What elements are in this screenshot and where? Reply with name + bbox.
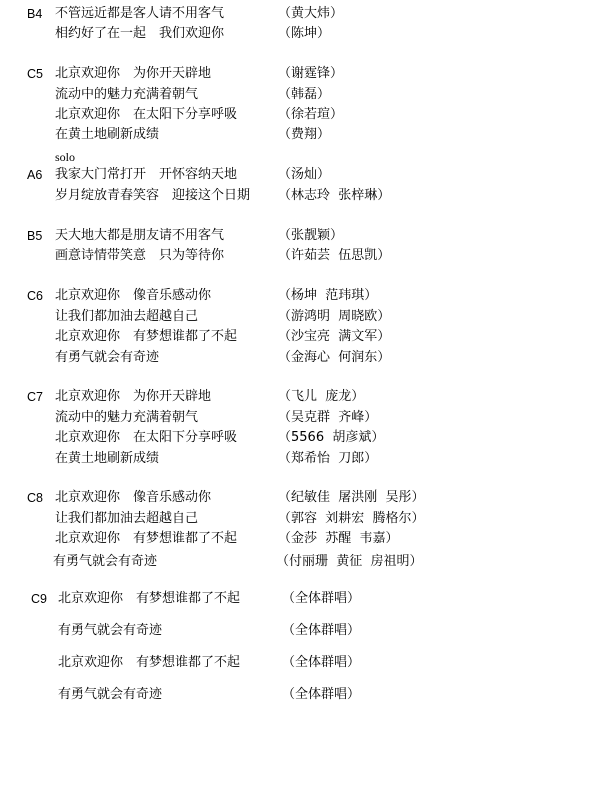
- lyric-line: 我家大门常打开 开怀容纳天地: [55, 165, 237, 185]
- singer-name: （许茹芸 伍思凯）: [278, 246, 390, 266]
- singer-name: （吴克群 齐峰）: [278, 408, 377, 428]
- lyric-line: 北京欢迎你 为你开天辟地: [55, 64, 211, 84]
- lyric-line: 北京欢迎你 有梦想谁都了不起: [55, 529, 237, 549]
- lyric-line: 有勇气就会有奇迹: [53, 552, 157, 572]
- singer-name: （郭容 刘耕宏 腾格尔）: [278, 509, 425, 529]
- singer-name: （徐若瑄）: [278, 105, 343, 125]
- section-label: A6: [27, 165, 42, 185]
- singer-name: （郑希怡 刀郎）: [278, 449, 377, 469]
- lyric-line: 北京欢迎你 有梦想谁都了不起: [58, 589, 240, 609]
- singer-name: （全体群唱）: [282, 685, 360, 705]
- lyric-line: 北京欢迎你 像音乐感动你: [55, 488, 211, 508]
- solo-note: solo: [55, 150, 75, 164]
- section-label: C7: [27, 387, 43, 407]
- lyric-line: 在黄土地刷新成绩: [55, 449, 159, 469]
- singer-name: （金海心 何润东）: [278, 348, 390, 368]
- lyric-line: 不管远近都是客人请不用客气: [55, 4, 224, 24]
- singer-name: （费翔）: [278, 125, 330, 145]
- section-label: B4: [27, 4, 42, 24]
- lyric-line: 画意诗情带笑意 只为等待你: [55, 246, 224, 266]
- lyric-line: 让我们都加油去超越自己: [55, 509, 198, 529]
- lyric-line: 有勇气就会有奇迹: [55, 348, 159, 368]
- section-label: C8: [27, 488, 43, 508]
- singer-name: （付丽珊 黄征 房祖明）: [276, 552, 423, 572]
- singer-name: （黄大炜）: [278, 4, 343, 24]
- lyric-line: 北京欢迎你 在太阳下分享呼吸: [55, 428, 237, 448]
- singer-name: （杨坤 范玮琪）: [278, 286, 377, 306]
- section-label: B5: [27, 226, 42, 246]
- section-label: C9: [31, 589, 47, 609]
- lyric-line: 流动中的魅力充满着朝气: [55, 85, 198, 105]
- lyric-line: 北京欢迎你 像音乐感动你: [55, 286, 211, 306]
- singer-name: （谢霆锋）: [278, 64, 343, 84]
- lyric-line: 在黄土地刷新成绩: [55, 125, 159, 145]
- singer-name: （全体群唱）: [282, 589, 360, 609]
- singer-name: （汤灿）: [278, 165, 330, 185]
- lyric-line: 岁月绽放青春笑容 迎接这个日期: [55, 186, 250, 206]
- singer-name: （林志玲 张梓琳）: [278, 186, 390, 206]
- section-label: C5: [27, 64, 43, 84]
- lyric-line: 北京欢迎你 有梦想谁都了不起: [55, 327, 237, 347]
- lyric-line: 相约好了在一起 我们欢迎你: [55, 24, 224, 44]
- singer-name: （纪敏佳 屠洪刚 吴彤）: [278, 488, 425, 508]
- lyric-line: 流动中的魅力充满着朝气: [55, 408, 198, 428]
- lyric-line: 有勇气就会有奇迹: [58, 621, 162, 641]
- singer-name: （飞儿 庞龙）: [278, 387, 364, 407]
- singer-name: （金莎 苏醒 韦嘉）: [278, 529, 399, 549]
- singer-name: （沙宝亮 满文军）: [278, 327, 390, 347]
- singer-name: （陈坤）: [278, 24, 330, 44]
- lyric-line: 北京欢迎你 为你开天辟地: [55, 387, 211, 407]
- singer-name: （全体群唱）: [282, 621, 360, 641]
- lyric-line: 让我们都加油去超越自己: [55, 307, 198, 327]
- lyric-line: 天大地大都是朋友请不用客气: [55, 226, 224, 246]
- lyric-line: 北京欢迎你 在太阳下分享呼吸: [55, 105, 237, 125]
- singer-name: （游鸿明 周晓欧）: [278, 307, 390, 327]
- section-label: C6: [27, 286, 43, 306]
- singer-name: （张靓颖）: [278, 226, 343, 246]
- singer-name: （韩磊）: [278, 85, 330, 105]
- lyric-line: 北京欢迎你 有梦想谁都了不起: [58, 653, 240, 673]
- singer-name: （5566 胡彦斌）: [278, 428, 384, 448]
- singer-name: （全体群唱）: [282, 653, 360, 673]
- lyric-line: 有勇气就会有奇迹: [58, 685, 162, 705]
